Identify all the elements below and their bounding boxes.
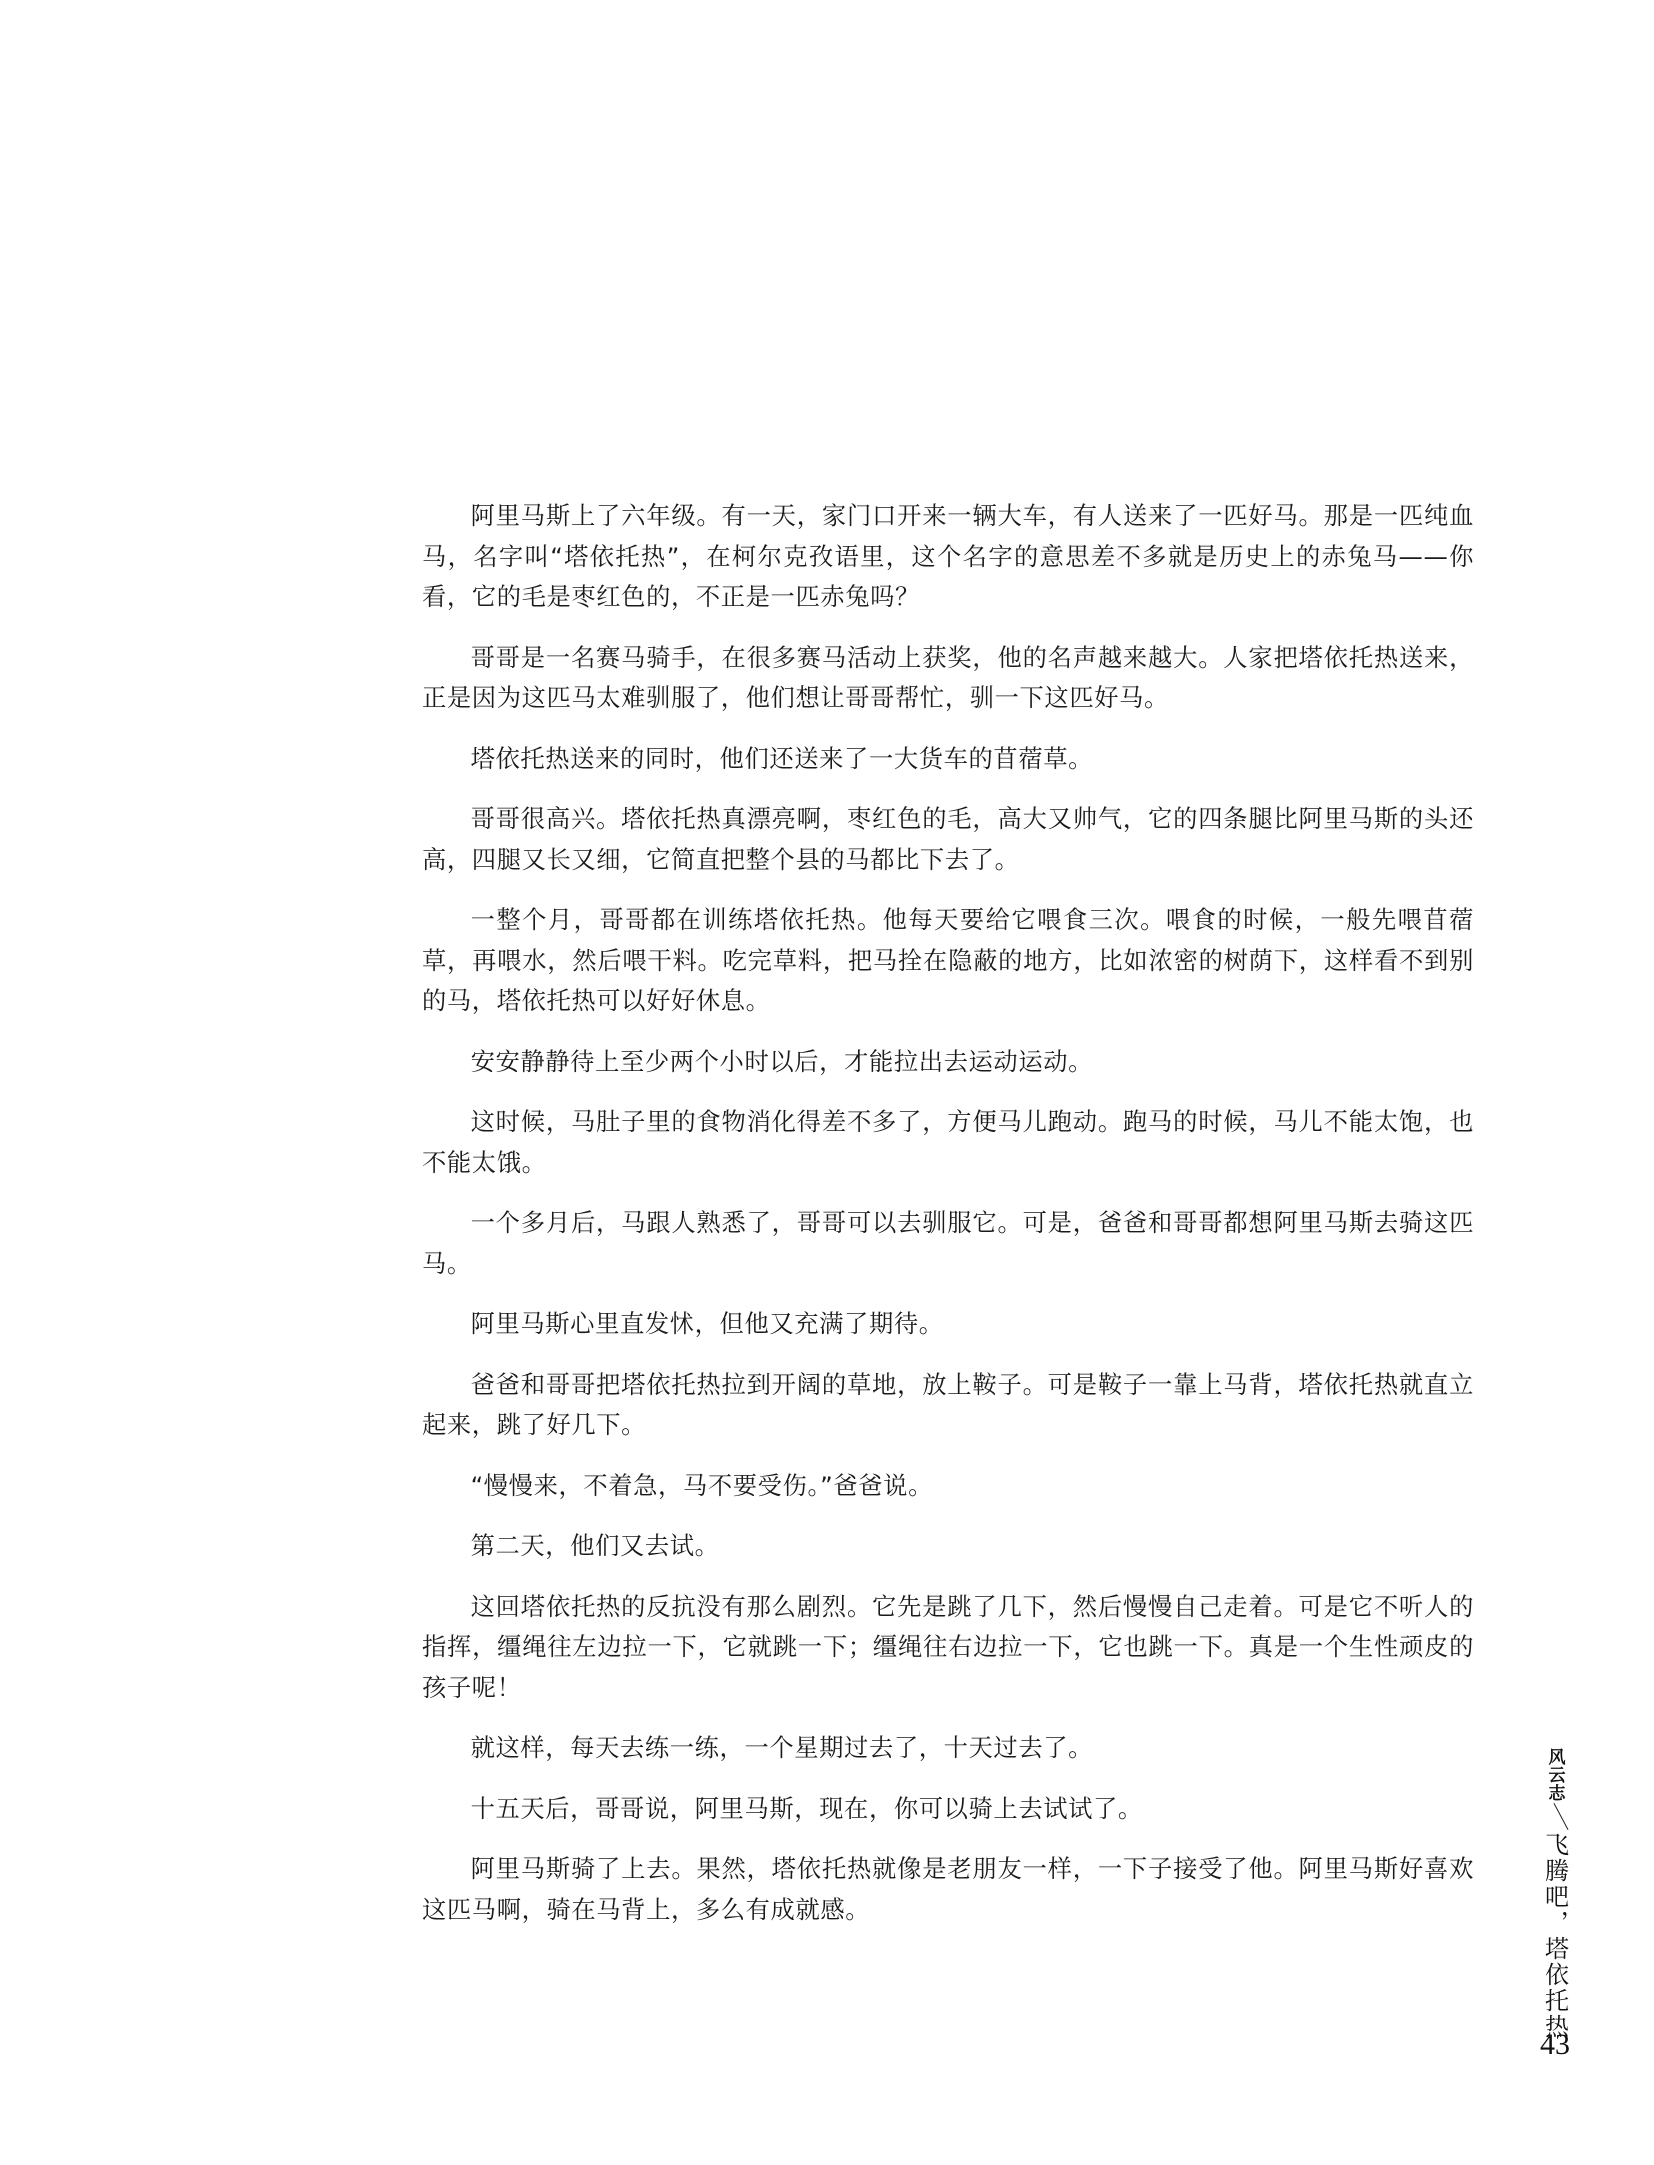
book-page: 阿里马斯上了六年级。有一天，家门口开来一辆大车，有人送来了一匹好马。那是一匹纯血… — [0, 0, 1654, 2165]
paragraph-1: 阿里马斯上了六年级。有一天，家门口开来一辆大车，有人送来了一匹好马。那是一匹纯血… — [422, 496, 1474, 618]
article-title-part2: 塔依托热 — [1538, 1936, 1573, 2040]
paragraph-4: 哥哥很高兴。塔依托热真漂亮啊，枣红色的毛，高大又帅气，它的四条腿比阿里马斯的头还… — [422, 799, 1474, 880]
article-title-part1: 飞腾吧， — [1538, 1832, 1573, 1936]
paragraph-6: 安安静静待上至少两个小时以后，才能拉出去运动运动。 — [422, 1042, 1474, 1083]
paragraph-2: 哥哥是一名赛马骑手，在很多赛马活动上获奖，他的名声越来越大。人家把塔依托热送来，… — [422, 638, 1474, 719]
paragraph-16: 阿里马斯骑了上去。果然，塔依托热就像是老朋友一样，一下子接受了他。阿里马斯好喜欢… — [422, 1849, 1474, 1930]
paragraph-12: 第二天，他们又去试。 — [422, 1526, 1474, 1567]
article-body: 阿里马斯上了六年级。有一天，家门口开来一辆大车，有人送来了一匹好马。那是一匹纯血… — [422, 496, 1474, 1950]
paragraph-7: 这时候，马肚子里的食物消化得差不多了，方便马儿跑动。跑马的时候，马儿不能太饱，也… — [422, 1102, 1474, 1183]
paragraph-13: 这回塔依托热的反抗没有那么剧烈。它先是跳了几下，然后慢慢自己走着。可是它不听人的… — [422, 1587, 1474, 1709]
paragraph-3: 塔依托热送来的同时，他们还送来了一大货车的苜蓿草。 — [422, 739, 1474, 780]
slash-divider — [1554, 1804, 1556, 1830]
page-number: 43 — [1537, 2028, 1573, 2062]
running-head: 风云志 飞腾吧， 塔依托热 — [1538, 1748, 1572, 2040]
paragraph-9: 阿里马斯心里直发怵，但他又充满了期待。 — [422, 1304, 1474, 1345]
paragraph-11: “慢慢来，不着急，马不要受伤。”爸爸说。 — [422, 1466, 1474, 1507]
paragraph-10: 爸爸和哥哥把塔依托热拉到开阔的草地，放上鞍子。可是鞍子一靠上马背，塔依托热就直立… — [422, 1365, 1474, 1446]
paragraph-15: 十五天后，哥哥说，阿里马斯，现在，你可以骑上去试试了。 — [422, 1789, 1474, 1830]
paragraph-8: 一个多月后，马跟人熟悉了，哥哥可以去驯服它。可是，爸爸和哥哥都想阿里马斯去骑这匹… — [422, 1203, 1474, 1284]
section-name: 风云志 — [1543, 1748, 1568, 1802]
paragraph-5: 一整个月，哥哥都在训练塔依托热。他每天要给它喂食三次。喂食的时候，一般先喂苜蓿草… — [422, 900, 1474, 1022]
paragraph-14: 就这样，每天去练一练，一个星期过去了，十天过去了。 — [422, 1728, 1474, 1769]
